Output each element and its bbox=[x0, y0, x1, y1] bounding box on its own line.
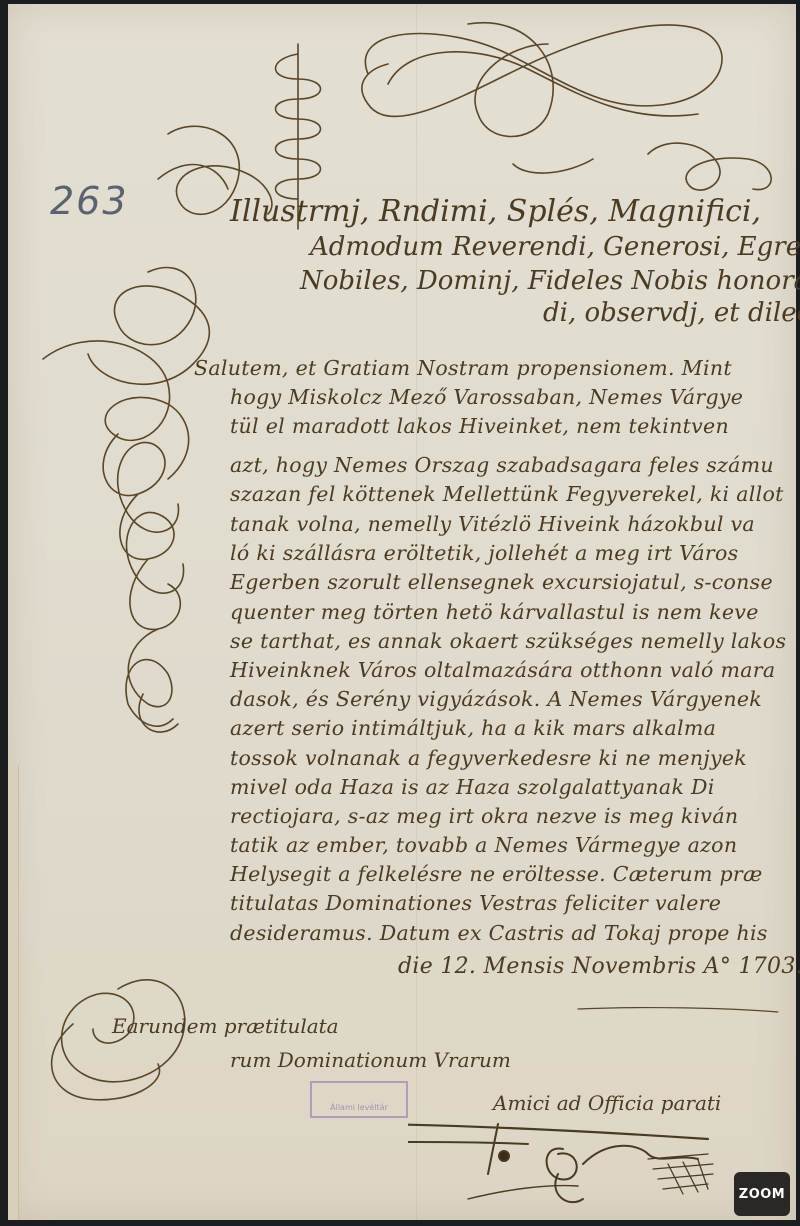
body-line: Egerben szorult ellensegnek excursiojatu… bbox=[230, 570, 773, 594]
body-line: desideramus. Datum ex Castris ad Tokaj p… bbox=[230, 921, 768, 945]
body-line: rectiojara, s-az meg irt okra nezve is m… bbox=[230, 804, 738, 828]
body-line: ló ki szállásra eröltetik, jollehét a me… bbox=[230, 541, 739, 565]
body-line: tanak volna, nemelly Vitézlö Hiveink ház… bbox=[230, 512, 755, 536]
body-line: Helysegit a felkelésre ne eröltesse. Cæt… bbox=[230, 862, 763, 886]
body-line: quenter meg törten hetö kárvallastul is … bbox=[230, 600, 759, 624]
address-line: Nobiles, Dominj, Fideles Nobis honoran bbox=[300, 266, 800, 296]
body-line: dasok, és Serény vigyázások. A Nemes Vár… bbox=[230, 687, 762, 711]
body-line: tatik az ember, tovabb a Nemes Vármegye … bbox=[230, 833, 737, 857]
body-line: tül el maradott lakos Hiveinket, nem tek… bbox=[230, 414, 729, 438]
date-line: die 12. Mensis Novembris A° 1703. bbox=[398, 954, 800, 979]
closing-line: rum Dominationum Vrarum bbox=[230, 1048, 511, 1072]
manuscript-page: 263 Illustrmj, Rndimi, Splés, Magnifici,… bbox=[8, 4, 796, 1220]
zoom-badge-button[interactable]: ZOOM bbox=[734, 1172, 790, 1216]
body-line: szazan fel köttenek Mellettünk Fegyverek… bbox=[230, 482, 784, 506]
archive-stamp: Állami levéltár bbox=[310, 1081, 408, 1118]
body-line: azert serio intimáltjuk, ha a kik mars a… bbox=[230, 716, 716, 740]
closing-line: Amici ad Officia parati bbox=[493, 1091, 721, 1115]
signature-icon bbox=[408, 1114, 738, 1214]
body-line: Salutem, et Gratiam Nostram propensionem… bbox=[194, 356, 732, 380]
address-line: di, observdj, et dilecti. bbox=[543, 298, 800, 328]
body-line: titulatas Dominationes Vestras feliciter… bbox=[230, 891, 721, 915]
address-line: Admodum Reverendi, Generosi, Egregy, et bbox=[310, 232, 800, 262]
body-line: azt, hogy Nemes Orszag szabadsagara fele… bbox=[230, 453, 774, 477]
folio-number: 263 bbox=[50, 179, 129, 223]
body-line: tossok volnanak a fegyverkedesre ki ne m… bbox=[230, 746, 747, 770]
body-line: se tarthat, es annak okaert szükséges ne… bbox=[230, 629, 786, 653]
body-line: Hiveinknek Város oltalmazására otthonn v… bbox=[230, 658, 775, 682]
body-line: mivel oda Haza is az Haza szolgalattyana… bbox=[230, 775, 715, 799]
body-line: hogy Miskolcz Mező Varossaban, Nemes Vár… bbox=[230, 385, 743, 409]
closing-line: Earundem prætitulata bbox=[112, 1014, 339, 1038]
address-line: Illustrmj, Rndimi, Splés, Magnifici, bbox=[230, 194, 761, 229]
